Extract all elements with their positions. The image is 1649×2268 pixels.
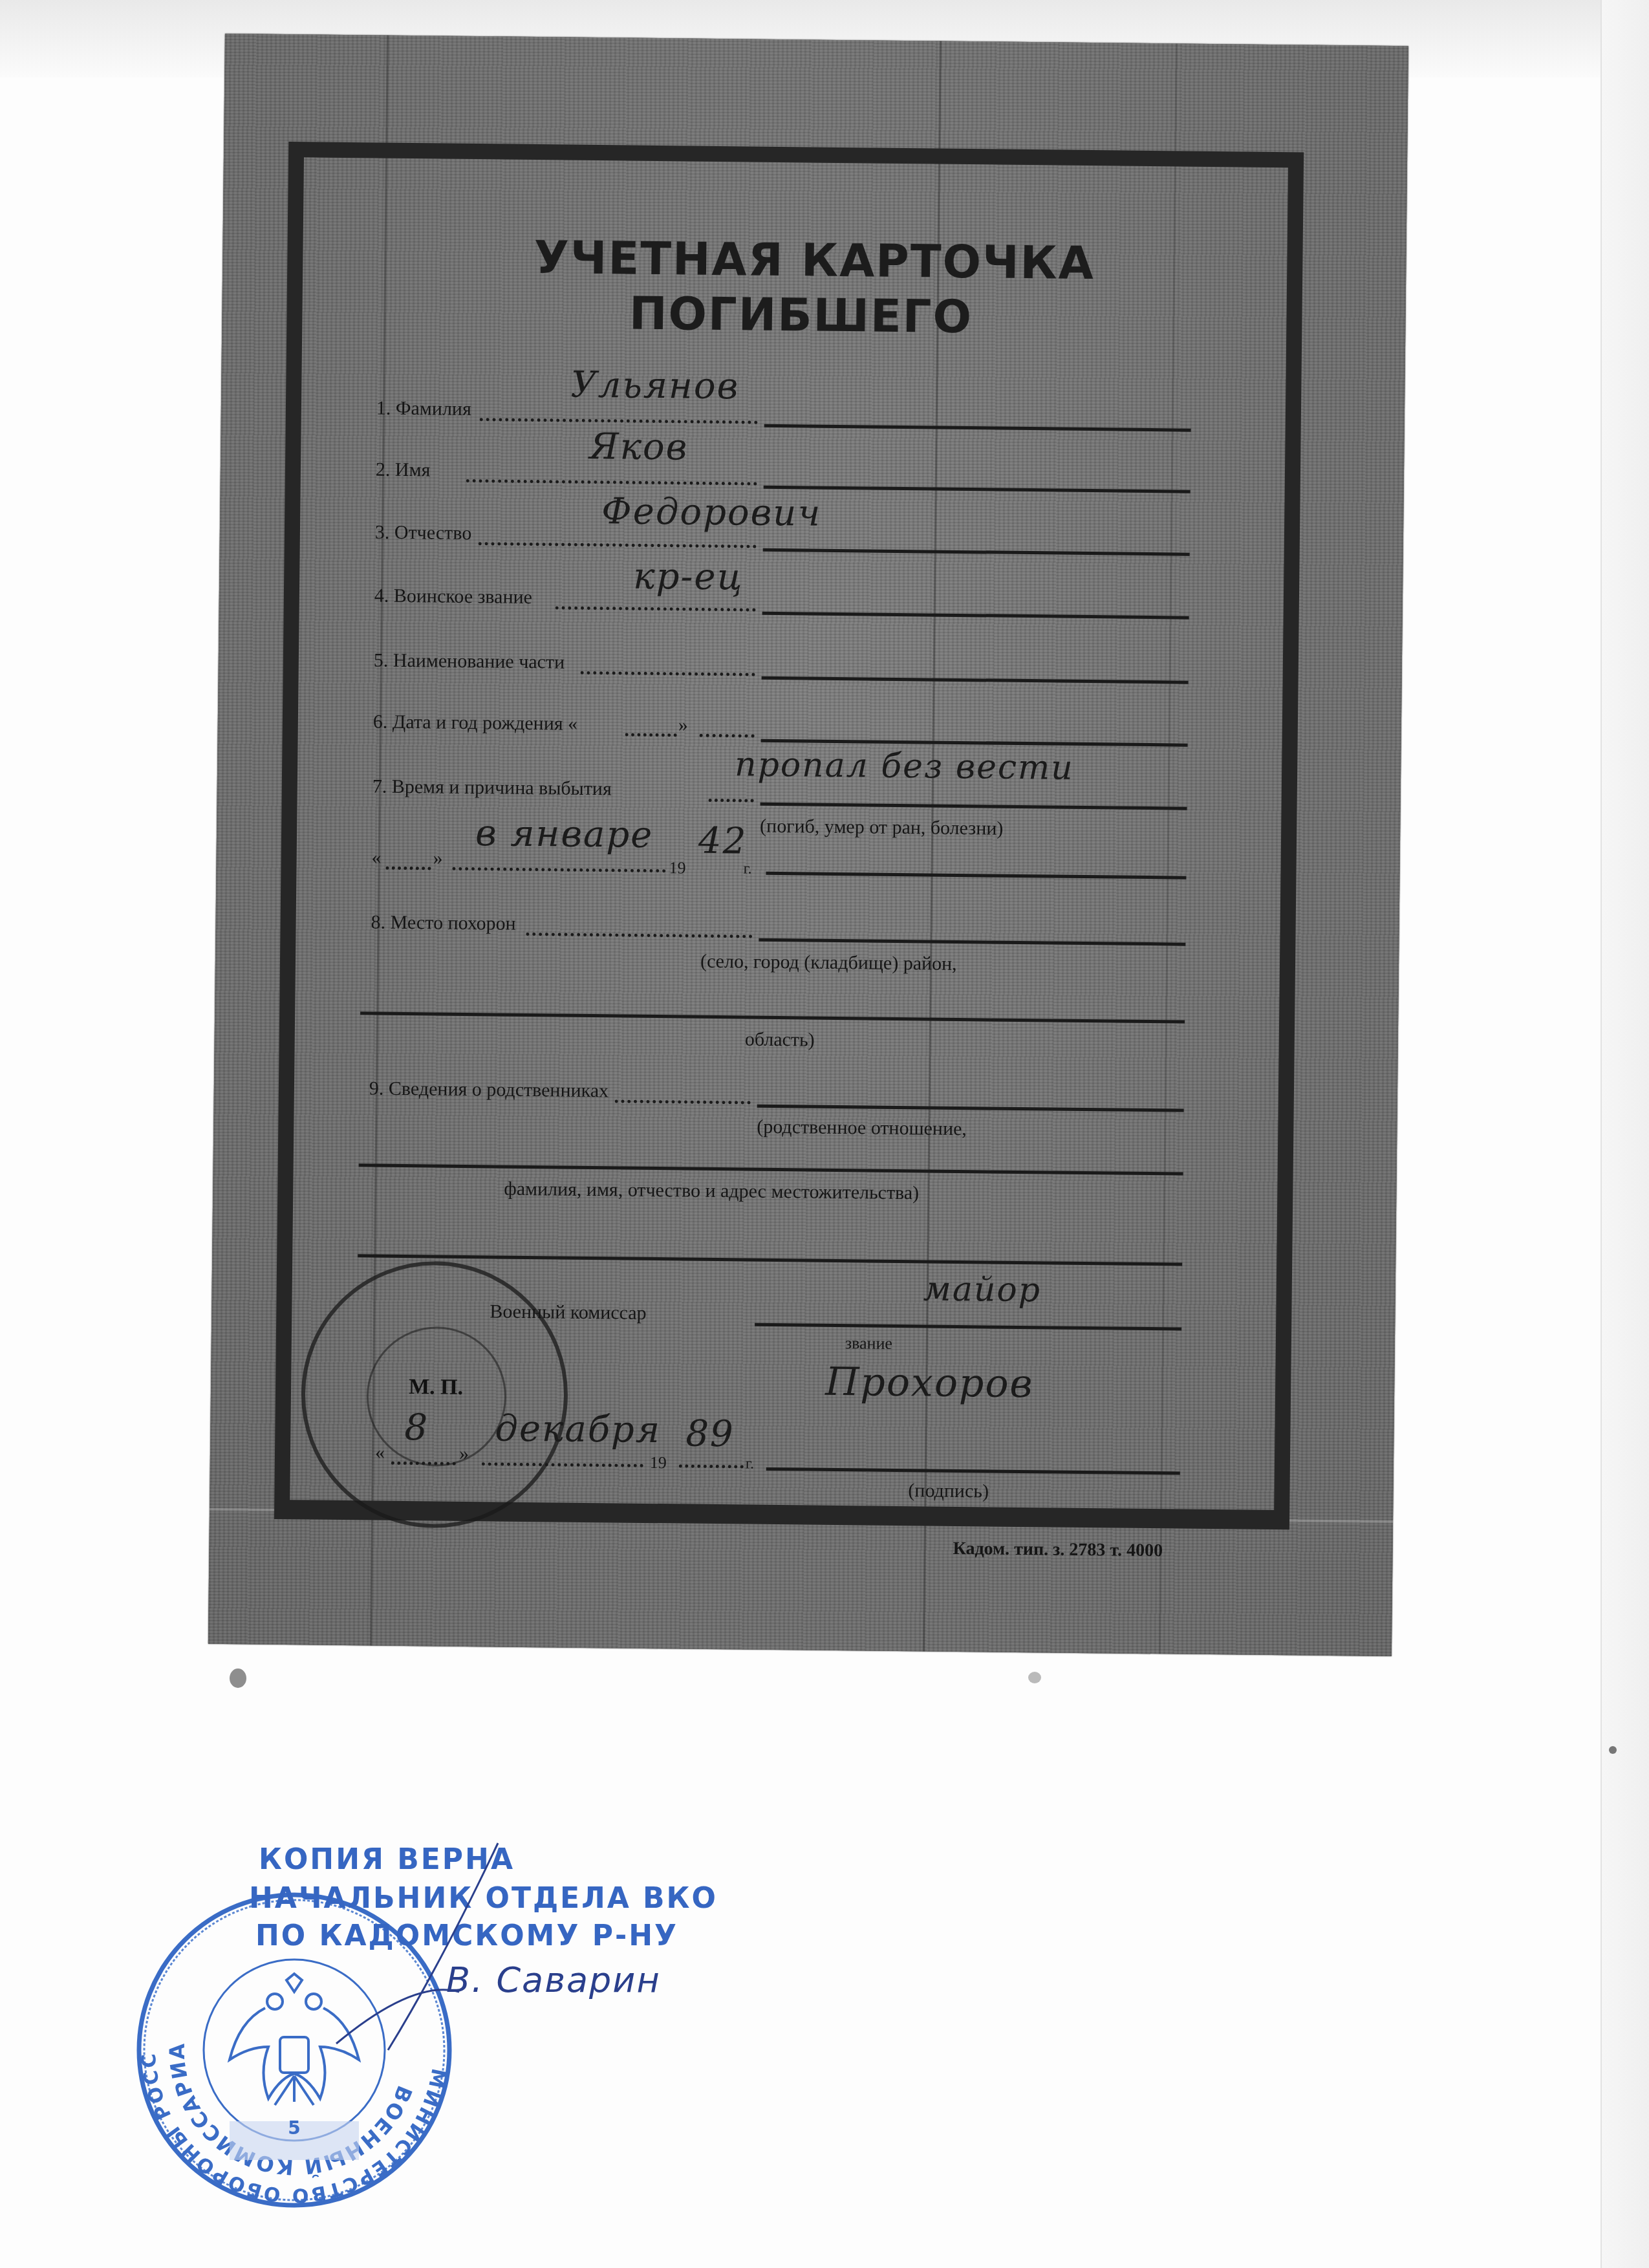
quote-close: » — [678, 714, 688, 736]
date-loss-century: 19 — [669, 858, 685, 878]
hint-relatives-2: фамилия, имя, отчество и адрес местожите… — [504, 1178, 919, 1205]
commissar-signature: Прохоров — [825, 1359, 1034, 1407]
date-open-quote: « — [371, 847, 381, 869]
hint-rank: звание — [845, 1334, 892, 1354]
field-label-burial: 8. Место похорон — [371, 911, 515, 934]
issue-date-century: 19 — [650, 1453, 667, 1473]
hint-signature: (подпись) — [908, 1480, 989, 1502]
dotted-line — [679, 1464, 744, 1468]
issue-date-month: декабря — [495, 1407, 661, 1451]
issue-date-year: 89 — [685, 1413, 735, 1456]
field-value-cause: пропал без вести — [735, 745, 1074, 787]
dotted-line — [625, 733, 677, 737]
stamp-mp-label: М. П. — [409, 1375, 463, 1400]
printer-note: Кадом. тип. з. 2783 т. 4000 — [953, 1539, 1163, 1561]
dotted-line — [709, 799, 754, 803]
field-label-surname: 1. Фамилия — [376, 397, 471, 420]
issue-date-day: 8 — [404, 1407, 429, 1449]
commissar-rank: майор — [923, 1269, 1041, 1310]
hint-relatives-1: (родственное отношение, — [757, 1116, 967, 1140]
date-loss-year: 42 — [698, 820, 748, 863]
field-value-rank: кр-ец — [633, 556, 744, 599]
death-record-card: УЧЕТНАЯ КАРТОЧКА ПОГИБШЕГО 1. Фамилия Ул… — [208, 34, 1408, 1656]
issue-date-open: « — [375, 1442, 385, 1464]
issue-date-close: » — [459, 1443, 469, 1465]
field-label-unit: 5. Наименование части — [374, 649, 565, 673]
hint-cause: (погиб, умер от ран, болезни) — [760, 815, 1003, 840]
field-value-patronymic: Федорович — [601, 490, 822, 535]
dotted-line — [700, 734, 755, 738]
field-label-relatives: 9. Сведения о родственниках — [369, 1077, 609, 1102]
scan-smudge — [1609, 1746, 1617, 1754]
issue-date-suffix: г. — [746, 1456, 754, 1473]
signature-stroke — [310, 1837, 504, 2160]
field-value-name: Яков — [589, 426, 689, 469]
scan-smudge — [1028, 1672, 1041, 1683]
field-label-patronymic: 3. Отчество — [375, 521, 472, 545]
scan-smudge — [230, 1669, 246, 1688]
hint-burial-2: область) — [745, 1029, 815, 1052]
field-label-birthdate: 6. Дата и год рождения « — [373, 711, 578, 735]
scan-edge-strip — [1600, 0, 1649, 2268]
date-close-quote: » — [433, 847, 442, 869]
hint-burial-1: (село, город (кладбище) район, — [700, 951, 957, 975]
commissar-label: Военный комиссар — [490, 1301, 647, 1324]
dotted-line — [391, 1462, 456, 1465]
field-label-name: 2. Имя — [376, 459, 431, 481]
date-loss-month: в январе — [475, 812, 654, 856]
field-label-rank: 4. Воинское звание — [374, 585, 532, 609]
field-label-cause: 7. Время и причина выбытия — [372, 775, 612, 800]
date-loss-suffix: г. — [743, 860, 751, 878]
dotted-line — [385, 867, 431, 870]
seal-number: 5 — [288, 2117, 300, 2139]
field-value-surname: Ульянов — [570, 364, 740, 408]
